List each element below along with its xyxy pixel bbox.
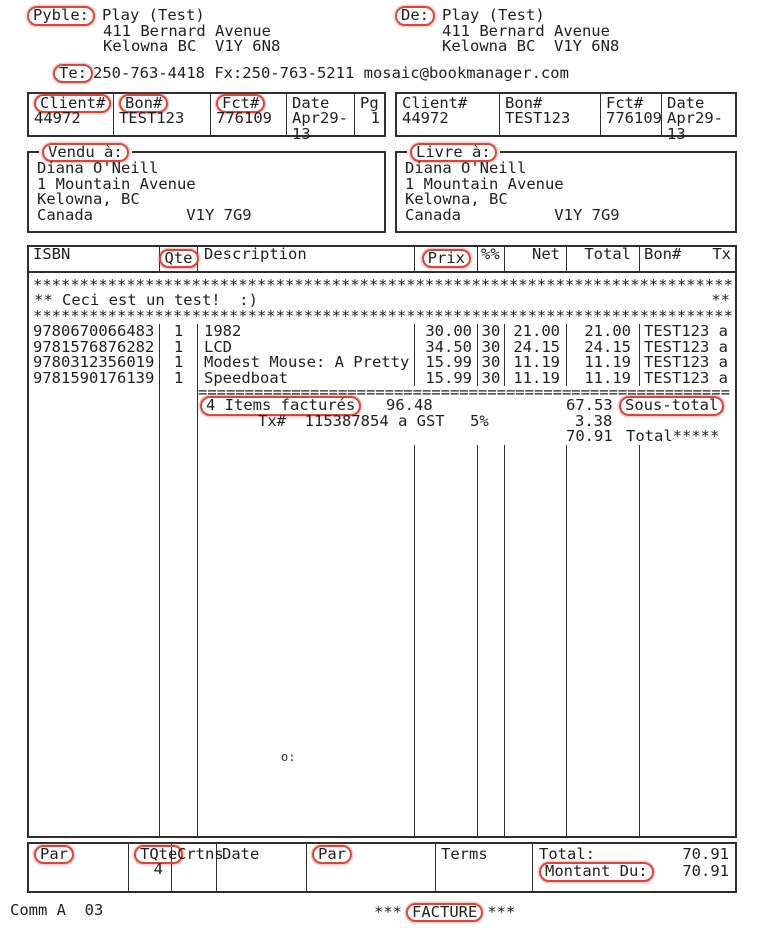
highlight-par2-label: Par — [312, 845, 352, 865]
note-end: ** — [711, 293, 730, 309]
empty-cell — [505, 445, 567, 836]
invoice-info-left: Client# 44972 Bon# TEST123 Fct# 776109 D… — [27, 92, 386, 137]
tx-header-label: Tx — [712, 247, 731, 271]
qte-label: Qte — [165, 249, 193, 267]
empty-cell — [567, 445, 640, 836]
sold-to-legend: Vendu à: — [39, 145, 132, 161]
empty-cell — [160, 386, 198, 398]
bon-cell: Bon# TEST123 — [114, 94, 211, 135]
scan-artifact-mark: o: — [281, 750, 295, 766]
bon-cell: Bon# TEST123 — [500, 94, 601, 135]
table-empty-area — [29, 445, 735, 836]
bon-value: TEST123 — [119, 111, 210, 127]
fct-cell: Fct# 776109 — [601, 94, 662, 135]
date-cell: Date Apr29-13 — [662, 94, 735, 135]
empty-cell — [29, 398, 160, 414]
empty-cell — [415, 445, 478, 836]
payable-address-block: Pyble:Play (Test) 411 Bernard Avenue Kel… — [27, 8, 395, 55]
pg-value: 1 — [371, 111, 384, 127]
pg-cell: Pg 1 — [355, 94, 384, 135]
item-bon-text: TEST123 a — [644, 371, 728, 387]
footer-table: Par TQte 4 Crtns Date Par Terms Total: 7… — [27, 842, 737, 893]
item-row: 9781590176139 1 Speedboat 15.99 30 11.19… — [29, 371, 735, 387]
highlight-from-label: De: — [395, 6, 435, 26]
tel-value: 250-763-4418 Fx:250-763-5211 mosaic@book… — [93, 64, 569, 82]
grand-total-label: Total***** — [626, 429, 719, 445]
summary-row-total: 70.91 Total***** — [29, 429, 735, 445]
highlight-tel-label: Te: — [53, 64, 93, 84]
amount-due-value: 70.91 — [682, 864, 729, 880]
amount-due-label: Montant Du: — [545, 862, 648, 880]
bottom-line: Comm A 03 ***FACTURE*** — [27, 903, 737, 920]
date-value: Apr29-13 — [292, 111, 354, 142]
sold-to-box: Vendu à: Diana O'Neill 1 Mountain Avenue… — [27, 145, 386, 233]
empty-cell — [160, 429, 198, 445]
facture-title: ***FACTURE*** — [374, 903, 515, 923]
header-isbn: ISBN — [29, 247, 160, 271]
invoice-info-right: Client# 44972 Bon# TEST123 Fct# 776109 D… — [395, 92, 737, 137]
client-cell: Client# 44972 — [29, 94, 114, 135]
amount-due-line: Montant Du: 70.91 — [539, 864, 729, 880]
fct-value: 776109 — [216, 111, 286, 127]
header-description: Description — [198, 247, 415, 271]
ship-to-box: Livre à: Diana O'Neill 1 Mountain Avenue… — [395, 145, 737, 233]
tel-label: Te: — [59, 64, 87, 82]
item-price: 15.99 — [415, 371, 478, 387]
header-prix: Prix — [415, 247, 478, 271]
bon-value: TEST123 — [505, 111, 600, 127]
date-cell: Date — [217, 844, 307, 891]
empty-cell — [29, 445, 160, 836]
totals-cell: Total: 70.91 Montant Du: 70.91 — [533, 844, 735, 891]
bon-header-label: Bon# — [644, 247, 681, 271]
empty-cell — [640, 445, 735, 836]
invoice-scan-page: Pyble:Play (Test) 411 Bernard Avenue Kel… — [0, 0, 778, 928]
par1-label: Par — [40, 845, 68, 863]
terms-cell: Terms — [436, 844, 533, 891]
client-cell: Client# 44972 — [397, 94, 500, 135]
empty-cell — [29, 414, 160, 430]
empty-cell — [160, 414, 198, 430]
item-isbn: 9781590176139 — [29, 371, 160, 387]
tax-rate: 5% — [470, 414, 489, 430]
tqte-cell: TQte 4 — [129, 844, 172, 891]
empty-cell — [160, 398, 198, 414]
item-discount: 30 — [478, 371, 505, 387]
item-bon: TEST123 a — [640, 371, 735, 387]
highlight-qte-header: Qte — [159, 249, 199, 269]
highlight-par1-label: Par — [34, 845, 74, 865]
item-qty: 1 — [160, 371, 198, 387]
grand-total-value: 70.91 — [566, 429, 613, 445]
par-cell: Par — [29, 844, 129, 891]
par2-label: Par — [318, 845, 346, 863]
date-value: Apr29-13 — [667, 111, 735, 142]
note-row: ** Ceci est un test! :) ** — [29, 293, 735, 309]
empty-cell — [29, 386, 160, 398]
highlight-prix-header: Prix — [422, 249, 471, 269]
total-label: Total: — [539, 847, 595, 863]
from-addr2: Kelowna BC V1Y 6N8 — [395, 39, 737, 55]
header-percent: %% — [478, 247, 505, 271]
tqte-value: 4 — [154, 862, 171, 878]
crtns-cell: Crtns — [172, 844, 217, 891]
tax-number-line: Tx# 115387854 a GST — [258, 414, 445, 430]
item-total: 11.19 — [567, 371, 640, 387]
from-address-block: De:Play (Test) 411 Bernard Avenue Kelown… — [395, 8, 737, 55]
header-qte: Qte — [160, 247, 198, 271]
client-value: 44972 — [34, 111, 113, 127]
from-label: De: — [401, 6, 429, 24]
ship-to-country-postal: Canada V1Y 7G9 — [397, 208, 735, 224]
note-text: ** Ceci est un test! :) — [34, 293, 258, 309]
contact-line: Te:250-763-4418 Fx:250-763-5211 mosaic@b… — [53, 66, 737, 83]
summary-total-content: 70.91 Total***** — [198, 429, 735, 445]
payable-label: Pyble: — [33, 6, 89, 24]
highlight-subtotal-label: Sous-total — [619, 398, 724, 414]
client-value: 44972 — [402, 111, 499, 127]
subtotal-label: Sous-total — [625, 396, 718, 414]
fct-value: 776109 — [606, 111, 661, 127]
stars-left: *** — [374, 903, 402, 921]
facture-label: FACTURE — [412, 903, 477, 921]
fct-cell: Fct# 776109 — [211, 94, 287, 135]
payable-addr2: Kelowna BC V1Y 6N8 — [27, 39, 395, 55]
ship-to-legend: Livre à: — [407, 145, 500, 161]
ship-to-label: Livre à: — [416, 143, 491, 161]
sold-to-country-postal: Canada V1Y 7G9 — [29, 208, 384, 224]
empty-cell — [478, 445, 505, 836]
items-table-header: ISBN Qte Description Prix %% Net Total B… — [29, 247, 735, 273]
header-total: Total — [567, 247, 640, 271]
items-table: ISBN Qte Description Prix %% Net Total B… — [27, 245, 737, 838]
ship-row: Vendu à: Diana O'Neill 1 Mountain Avenue… — [27, 145, 737, 233]
items-table-body: ****************************************… — [29, 273, 735, 836]
item-net: 11.19 — [505, 371, 567, 387]
sold-to-label: Vendu à: — [48, 143, 123, 161]
invoice-info-row: Client# 44972 Bon# TEST123 Fct# 776109 D… — [27, 92, 737, 137]
item-description: Speedboat — [198, 371, 415, 387]
empty-cell — [29, 429, 160, 445]
header-bon-tx: Bon# Tx — [640, 247, 735, 271]
par2-cell: Par — [307, 844, 436, 891]
highlight-facture: FACTURE — [406, 903, 483, 923]
empty-cell — [160, 445, 198, 836]
header-address-row: Pyble:Play (Test) 411 Bernard Avenue Kel… — [27, 8, 737, 55]
stars-right: *** — [487, 903, 515, 921]
prix-label: Prix — [428, 249, 465, 267]
highlight-payable-label: Pyble: — [27, 6, 95, 26]
highlight-amount-due-label: Montant Du: — [539, 862, 654, 882]
total-value: 70.91 — [682, 847, 729, 863]
date-cell: Date Apr29-13 — [287, 94, 355, 135]
comm-code: Comm A 03 — [10, 903, 103, 919]
terms-label: Terms — [441, 845, 488, 863]
footer-date-label: Date — [222, 845, 259, 863]
total-line: Total: 70.91 — [539, 847, 729, 863]
empty-cell — [198, 445, 415, 836]
header-net: Net — [505, 247, 567, 271]
